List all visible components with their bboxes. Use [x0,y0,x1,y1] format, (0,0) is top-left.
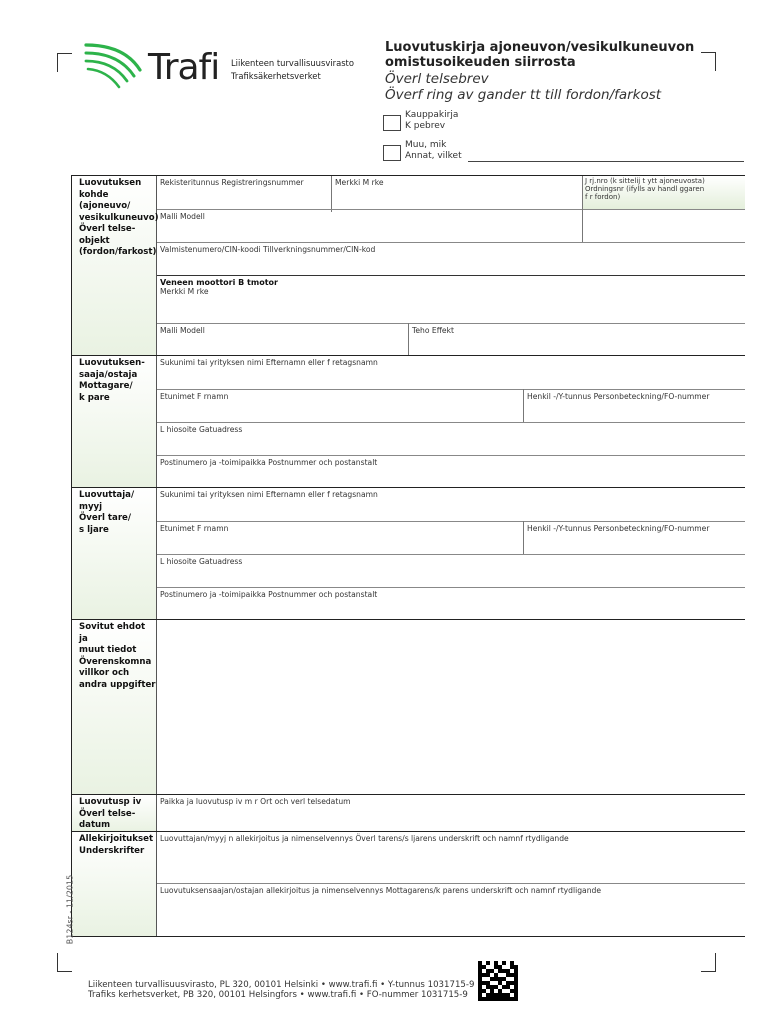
section-seller: Luovuttaja/myyjÖverl tare/s ljare Sukuni… [71,487,745,620]
section-label-line: k pare [79,393,156,405]
engine-power-field[interactable]: Teho Effekt [409,323,745,356]
section-terms: Sovitut ehdot jamuut tiedotÖverenskomnav… [71,619,745,795]
datamatrix-barcode-icon [478,961,518,1001]
buyer-first-names-field[interactable]: Etunimet F rnamn [157,389,523,422]
section-label-line: Luovutusp iv [79,797,156,809]
buyer-street-field[interactable]: L hiosoite Gatuadress [157,422,745,455]
field-label: Malli Modell [160,212,205,221]
section-label-line: Luovutuksen [79,178,156,190]
checkbox-other[interactable] [383,145,401,161]
section-label-line: Överenskomna [79,657,156,669]
dealer-number-value[interactable] [583,209,745,242]
make-field[interactable]: Merkki M rke [332,176,582,212]
dealer-number-field[interactable]: J rj.nro (k sittelij t ytt ajoneuvosta) … [583,176,745,209]
section-label-line: Överl telse- [79,224,156,236]
document-title-fi: Luovutuskirja ajoneuvon/vesikulkuneuvon … [385,40,705,70]
agency-name-fi: Liikenteen turvallisuusvirasto [231,58,354,68]
form-bottom-border [71,936,745,937]
field-label: Luovutuksensaajan/ostajan allekirjoitus … [160,886,601,895]
field-label: Henkil -/Y-tunnus Personbeteckning/FO-nu… [527,524,709,533]
section-terms-label: Sovitut ehdot jamuut tiedotÖverenskomnav… [71,620,157,795]
place-date-field[interactable]: Paikka ja luovutusp iv m r Ort och verl … [157,795,745,832]
seller-first-names-field[interactable]: Etunimet F rnamn [157,521,523,554]
field-label: Teho Effekt [412,326,454,335]
option-label-fi: Muu, mik [405,140,462,151]
terms-textarea[interactable] [157,620,745,795]
field-label: L hiosoite Gatuadress [160,557,242,566]
section-label-line: myyj [79,502,156,514]
field-label: Malli Modell [160,326,205,335]
footer-address: Liikenteen turvallisuusvirasto, PL 320, … [88,980,474,1000]
engine-heading: Veneen moottori B tmotor [160,278,742,287]
section-label-line: muut tiedot [79,645,156,657]
section-seller-label: Luovuttaja/myyjÖverl tare/s ljare [71,488,157,620]
field-label: L hiosoite Gatuadress [160,425,242,434]
section-label-line: andra uppgifter [79,680,156,692]
form-code: B124sr - 11/2015 [66,870,75,950]
section-label-line: Överl telse- [79,809,156,821]
section-label-line: Allekirjoitukset [79,834,156,846]
seller-personal-id-field[interactable]: Henkil -/Y-tunnus Personbeteckning/FO-nu… [524,521,745,554]
section-label-line: kohde [79,190,156,202]
footer-line-sv: Trafiks kerhetsverket, PB 320, 00101 Hel… [88,990,474,1000]
section-label-line: villkor och [79,668,156,680]
crop-mark-bottom-right [701,953,716,972]
field-label: Sukunimi tai yrityksen nimi Efternamn el… [160,358,378,367]
field-label: J rj.nro (k sittelij t ytt ajoneuvosta) [585,177,743,185]
field-label: f r fordon) [585,193,743,201]
section-label-line: datum [79,820,156,832]
section-label-line: Luovuttaja/ [79,490,156,502]
title-sv-line-2: Överf ring av gander tt till fordon/fark… [385,87,661,103]
seller-surname-field[interactable]: Sukunimi tai yrityksen nimi Efternamn el… [157,488,745,521]
section-label-line: (fordon/farkost) [79,247,156,259]
option-label-sv: Annat, vilket [405,151,462,162]
field-label: Paikka ja luovutusp iv m r Ort och verl … [160,797,351,806]
checkbox-other-label: Muu, mik Annat, vilket [405,140,462,162]
buyer-postal-field[interactable]: Postinumero ja -toimipaikka Postnummer o… [157,455,745,488]
section-buyer: Luovutuksen-saaja/ostajaMottagare/k pare… [71,355,745,488]
field-label: Postinumero ja -toimipaikka Postnummer o… [160,458,377,467]
section-label-line: Underskrifter [79,846,156,858]
title-sv-line-1: Överl telsebrev [385,71,661,87]
field-label: Etunimet F rnamn [160,392,228,401]
field-label: Luovuttajan/myyj n allekirjoitus ja nime… [160,834,569,843]
section-label-line: Överl tare/ [79,513,156,525]
option-label-fi: Kauppakirja [405,110,458,121]
trafi-logo-icon [82,42,152,92]
section-label-line: objekt [79,236,156,248]
section-label-line: (ajoneuvo/ [79,201,156,213]
field-label: Rekisteritunnus Registreringsnummer [160,178,304,187]
title-fi-line-2: omistusoikeuden siirrosta [385,55,705,70]
other-specify-field[interactable] [468,161,744,162]
section-label-line: Sovitut ehdot ja [79,622,156,645]
section-label-line: s ljare [79,525,156,537]
crop-mark-top-left [57,53,72,72]
option-label-sv: K pebrev [405,121,458,132]
vin-field[interactable]: Valmistenumero/CIN-koodi Tillverkningsnu… [157,242,745,275]
document-title-sv: Överl telsebrev Överf ring av gander tt … [385,71,661,103]
engine-model-field[interactable]: Malli Modell [157,323,408,356]
field-label: Merkki M rke [160,287,742,296]
checkbox-deed-of-sale[interactable] [383,115,401,131]
section-date-label: Luovutusp ivÖverl telse-datum [71,795,157,832]
buyer-surname-field[interactable]: Sukunimi tai yrityksen nimi Efternamn el… [157,356,745,389]
field-label: Postinumero ja -toimipaikka Postnummer o… [160,590,377,599]
seller-postal-field[interactable]: Postinumero ja -toimipaikka Postnummer o… [157,587,745,620]
section-signatures-label: AllekirjoituksetUnderskrifter [71,832,157,937]
section-date: Luovutusp ivÖverl telse-datum Paikka ja … [71,794,745,832]
seller-street-field[interactable]: L hiosoite Gatuadress [157,554,745,587]
field-label: Etunimet F rnamn [160,524,228,533]
logo-wordmark: Trafi [148,47,219,88]
section-signatures: AllekirjoituksetUnderskrifter Luovuttaja… [71,831,745,937]
checkbox-deed-of-sale-label: Kauppakirja K pebrev [405,110,458,132]
section-label-line: vesikulkuneuvo) [79,213,156,225]
buyer-signature-field[interactable]: Luovutuksensaajan/ostajan allekirjoitus … [157,883,745,937]
field-label: Merkki M rke [335,178,384,187]
crop-mark-bottom-left [57,953,72,972]
buyer-personal-id-field[interactable]: Henkil -/Y-tunnus Personbeteckning/FO-nu… [524,389,745,422]
section-label-line: Luovutuksen- [79,358,156,370]
field-label: Sukunimi tai yrityksen nimi Efternamn el… [160,490,378,499]
model-field[interactable]: Malli Modell [157,209,582,242]
engine-make-field[interactable]: Veneen moottori B tmotor Merkki M rke [157,275,745,323]
field-label: Ordningsnr (ifylls av handl ggaren [585,185,743,193]
title-fi-line-1: Luovutuskirja ajoneuvon/vesikulkuneuvon [385,40,705,55]
section-buyer-label: Luovutuksen-saaja/ostajaMottagare/k pare [71,356,157,488]
seller-signature-field[interactable]: Luovuttajan/myyj n allekirjoitus ja nime… [157,832,745,883]
section-label-line: Mottagare/ [79,381,156,393]
footer-line-fi: Liikenteen turvallisuusvirasto, PL 320, … [88,980,474,990]
section-object-label: Luovutuksenkohde(ajoneuvo/vesikulkuneuvo… [71,176,157,356]
registration-number-field[interactable]: Rekisteritunnus Registreringsnummer [157,176,331,212]
section-object: Luovutuksenkohde(ajoneuvo/vesikulkuneuvo… [71,175,745,356]
field-label: Valmistenumero/CIN-koodi Tillverkningsnu… [160,245,375,254]
field-label: Henkil -/Y-tunnus Personbeteckning/FO-nu… [527,392,709,401]
section-label-line: saaja/ostaja [79,370,156,382]
agency-name-sv: Trafiksäkerhetsverket [231,71,321,81]
